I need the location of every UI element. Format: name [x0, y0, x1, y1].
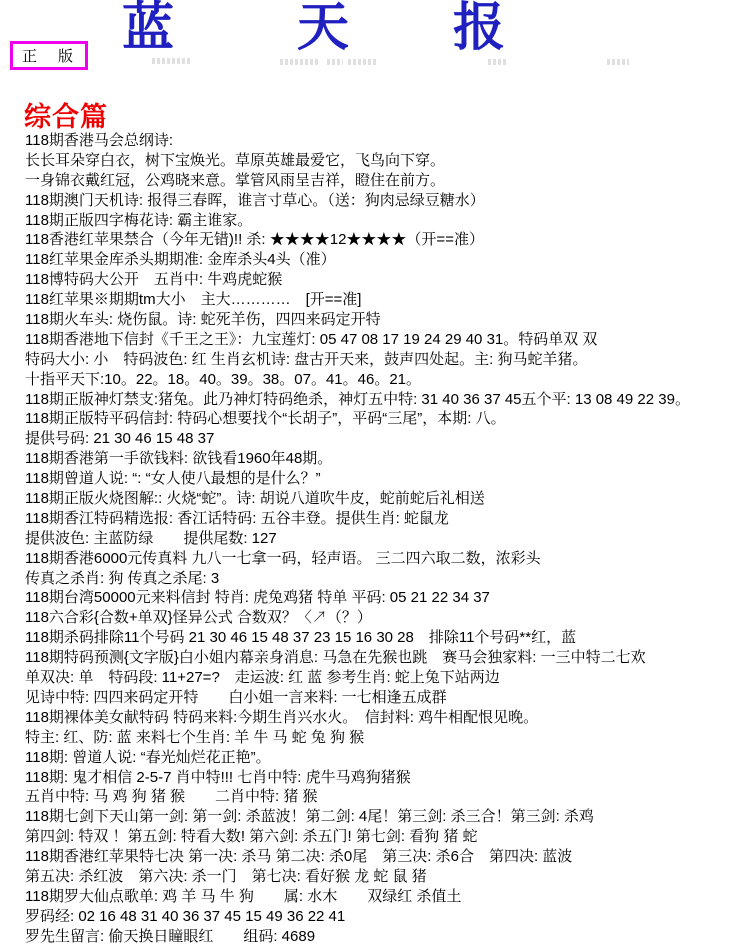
report-line: 第五决: 杀红波 第六决: 杀一门 第七决: 看好猴 龙 蛇 鼠 猪 [25, 867, 747, 887]
report-body: 118期香港马会总纲诗: 长长耳朵穿白衣，树下宝焕光。草原英雄最爱它，飞鸟向下穿… [25, 131, 747, 947]
report-line: 118期杀码排除11个号码 21 30 46 15 48 37 23 15 16… [25, 628, 747, 648]
report-line: 提供号码: 21 30 46 15 48 37 [25, 429, 747, 449]
report-line: 118期曾道人说: “: “女人使八最想的是什么？” [25, 469, 747, 489]
report-line: 118期罗大仙点歌单: 鸡 羊 马 牛 狗 属: 水木 双绿红 杀值土 [25, 887, 747, 907]
report-line: 118期香港马会总纲诗: [25, 131, 747, 151]
report-line: 118期香港地下信封《千王之王》：九宝莲灯: 05 47 08 17 19 24… [25, 330, 747, 350]
report-line: 118期澳门天机诗: 报得三春晖，谁言寸草心。（送：狗肉忌绿豆糖水） [25, 191, 747, 211]
report-line: 118期香江特码精选报: 香江话特码: 五谷丰登。提供生肖: 蛇鼠龙 [25, 509, 747, 529]
report-line: 见诗中特: 四四来码定开特 白小姐一言来料: 一七相逢五成群 [25, 688, 747, 708]
edition-badge: 正 版 [10, 41, 88, 70]
report-line: 提供波色: 主蓝防绿 提供尾数: 127 [25, 529, 747, 549]
report-line: 传真之杀肖: 狗 传真之杀尾: 3 [25, 569, 747, 589]
watermark-smudge [348, 59, 378, 65]
report-line: 118期裸体美女献特码 特码来料:今期生肖兴水火。 信封料: 鸡牛相配恨见晚。 [25, 708, 747, 728]
report-line: 罗先生留言: 偷天换日瞳眼红 组码: 4689 [25, 927, 747, 947]
report-line: 118期正版特平码信封: 特码心想要找个“长胡子”，平码“三尾”，本期: 八。 [25, 409, 747, 429]
report-line: 罗码经: 02 16 48 31 40 36 37 45 15 49 36 22… [25, 907, 747, 927]
report-line: 118红苹果金库杀头期期准: 金库杀头4头（准） [25, 250, 747, 270]
watermark-smudge [152, 58, 192, 64]
report-line: 118香港红苹果禁合（今年无错)!! 杀: ★★★★12★★★★（开==准） [25, 230, 747, 250]
report-line: 118六合彩{合数+单双}怪异公式 合数双？〈↗（？） [25, 608, 747, 628]
blue-sky-report-page: 正 版 蓝 天 报 综合篇 118期香港马会总纲诗: 长长耳朵穿白衣，树下宝焕光… [0, 0, 752, 948]
report-line: 118期香港红苹果特七决 第一决: 杀马 第二决: 杀0尾 第三决: 杀6合 第… [25, 847, 747, 867]
report-line: 118期台湾50000元来料信封 特肖: 虎兔鸡猪 特单 平码: 05 21 2… [25, 588, 747, 608]
masthead: 正 版 蓝 天 报 [0, 0, 752, 95]
report-line: 一身锦衣戴红冠，公鸡晓来意。掌管风雨呈吉祥，瞪住在前方。 [25, 171, 747, 191]
report-line: 118期: 鬼才相信 2-5-7 肖中特!!! 七肖中特: 虎牛马鸡狗猪猴 [25, 768, 747, 788]
watermark-smudge [488, 59, 506, 65]
report-line: 118博特码大公开 五肖中: 牛鸡虎蛇猴 [25, 270, 747, 290]
page-title-char-3: 报 [453, 0, 505, 58]
report-line: 118期香港第一手欲钱料: 欲钱看1960年48期。 [25, 449, 747, 469]
report-line: 118期正版火烧图解:: 火烧“蛇”。诗: 胡说八道吹牛皮，蛇前蛇后礼相送 [25, 489, 747, 509]
report-line: 五肖中特: 马 鸡 狗 猪 猴 二肖中特: 猪 猴 [25, 787, 747, 807]
page-title-char-1: 蓝 [122, 0, 174, 58]
report-line: 第四剑: 特双 ！第五剑: 特看大数! 第六剑: 杀五门! 第七剑: 看狗 猪 … [25, 827, 747, 847]
report-line: 118期香港6000元传真料 九八一七拿一码，轻声语。 三二四六取二数，浓彩头 [25, 549, 747, 569]
report-line: 118期火车头: 烧伤鼠。诗: 蛇死羊伤，四四来码定开特 [25, 310, 747, 330]
report-line: 特码大小: 小 特码波色: 红 生肖玄机诗: 盘古开天来，鼓声四处起。主: 狗马… [25, 350, 747, 370]
edition-badge-label: 正 版 [22, 48, 76, 65]
report-line: 118期特码预测{文字版}白小姐内幕亲身消息: 马急在先猴也跳 赛马会独家料: … [25, 648, 747, 668]
watermark-smudge [607, 59, 629, 65]
report-line: 118期正版四字梅花诗: 霸主谁家。 [25, 211, 747, 231]
page-title-char-2: 天 [297, 0, 349, 58]
report-line: 十指平天下:10。22。18。40。39。38。07。41。46。21。 [25, 370, 747, 390]
watermark-smudge [327, 59, 343, 65]
report-line: 118期七剑下天山第一剑: 第一剑: 杀蓝波！第二剑: 4尾！第三剑: 杀三合！… [25, 807, 747, 827]
report-line: 118期正版神灯禁支:猪兔。此乃神灯特码绝杀，神灯五中特: 31 40 36 3… [25, 390, 747, 410]
report-line: 长长耳朵穿白衣，树下宝焕光。草原英雄最爱它，飞鸟向下穿。 [25, 151, 747, 171]
report-line: 118期: 曾道人说: “春光灿烂花正艳”。 [25, 748, 747, 768]
watermark-smudge [280, 59, 318, 65]
report-line: 单双决: 单 特码段: 11+27=? 走运波: 红 蓝 参考生肖: 蛇上兔下站… [25, 668, 747, 688]
report-line: 特主: 红、防: 蓝 来料七个生肖: 羊 牛 马 蛇 兔 狗 猴 [25, 728, 747, 748]
report-line: 118红苹果※期期tm大小 主大………… [开==准] [25, 290, 747, 310]
section-heading: 综合篇 [24, 95, 108, 134]
